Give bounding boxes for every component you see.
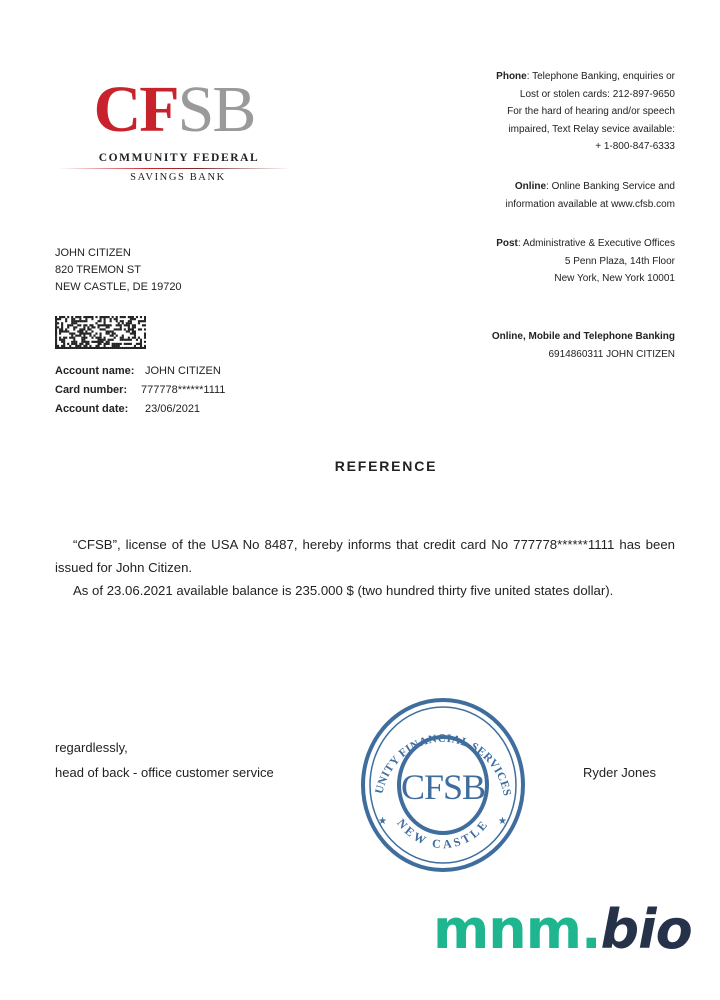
body-paragraph-2: As of 23.06.2021 available balance is 23…	[55, 579, 675, 602]
logo-line1: COMMUNITY FEDERAL	[58, 152, 290, 164]
account-name-label: Account name:	[55, 362, 145, 381]
account-name-value: JOHN CITIZEN	[145, 362, 221, 381]
barcode-image	[55, 316, 146, 349]
account-date-label: Account date:	[55, 400, 145, 419]
logo-mark-cf: CF	[94, 73, 178, 146]
logo-mark: CFSB	[58, 78, 290, 142]
post-line1: : Administrative & Executive Offices	[518, 238, 675, 249]
address-street: 820 TREMON ST	[55, 262, 182, 279]
phone-line1: : Telephone Banking, enquiries or	[527, 71, 675, 82]
post-label: Post	[496, 238, 518, 249]
contact-banking: Online, Mobile and Telephone Banking 691…	[425, 328, 675, 363]
stamp-center-text: CFSB	[401, 767, 485, 807]
watermark: mnm.bio	[433, 898, 692, 961]
address-city: NEW CASTLE, DE 19720	[55, 279, 182, 296]
account-info: Account name: JOHN CITIZEN Card number: …	[55, 362, 225, 419]
online-line2: information available at www.cfsb.com	[425, 196, 675, 214]
stamp-star-left-icon: ★	[378, 816, 387, 827]
phone-line2: Lost or stolen cards: 212-897-9650	[425, 86, 675, 104]
signer-name: Ryder Jones	[583, 765, 656, 780]
document-title: REFERENCE	[0, 458, 720, 474]
logo-line2: SAVINGS BANK	[58, 172, 290, 183]
account-name-row: Account name: JOHN CITIZEN	[55, 362, 225, 381]
contact-post: Post: Administrative & Executive Offices…	[425, 235, 675, 288]
signer-position: head of back - office customer service	[55, 765, 274, 780]
online-line1: : Online Banking Service and	[546, 181, 675, 192]
banking-line: 6914860311 JOHN CITIZEN	[425, 346, 675, 364]
post-line3: New York, New York 10001	[425, 270, 675, 288]
watermark-part1: mnm.	[433, 898, 601, 961]
post-line2: 5 Penn Plaza, 14th Floor	[425, 253, 675, 271]
card-number-label: Card number:	[55, 381, 141, 400]
card-number-value: 777778******1111	[141, 381, 225, 400]
account-date-row: Account date: 23/06/2021	[55, 400, 225, 419]
logo-mark-sb: SB	[178, 73, 255, 146]
stamp-star-right-icon: ★	[498, 816, 507, 827]
address-name: JOHN CITIZEN	[55, 245, 182, 262]
body-paragraph-1: “CFSB”, license of the USA No 8487, here…	[55, 533, 675, 579]
recipient-address: JOHN CITIZEN 820 TREMON ST NEW CASTLE, D…	[55, 245, 182, 296]
card-number-row: Card number: 777778******1111	[55, 381, 225, 400]
phone-line3: For the hard of hearing and/or speech	[425, 103, 675, 121]
bank-stamp: COMMUNITY FINANCIAL SERVICES BANK NEW CA…	[358, 696, 528, 874]
online-label: Online	[515, 181, 546, 192]
watermark-part2: bio	[601, 898, 692, 961]
contact-online: Online: Online Banking Service and infor…	[425, 178, 675, 213]
phone-line4: impaired, Text Relay sevice available:	[425, 121, 675, 139]
account-date-value: 23/06/2021	[145, 400, 200, 419]
logo-divider	[58, 168, 290, 169]
phone-label: Phone	[496, 71, 527, 82]
banking-title: Online, Mobile and Telephone Banking	[492, 331, 675, 342]
bank-logo: CFSB COMMUNITY FEDERAL SAVINGS BANK	[58, 78, 290, 183]
closing-line: regardlessly,	[55, 740, 128, 755]
document-body: “CFSB”, license of the USA No 8487, here…	[55, 533, 675, 602]
phone-line5: + 1-800-847-6333	[425, 138, 675, 156]
contact-phone: Phone: Telephone Banking, enquiries or L…	[425, 68, 675, 156]
